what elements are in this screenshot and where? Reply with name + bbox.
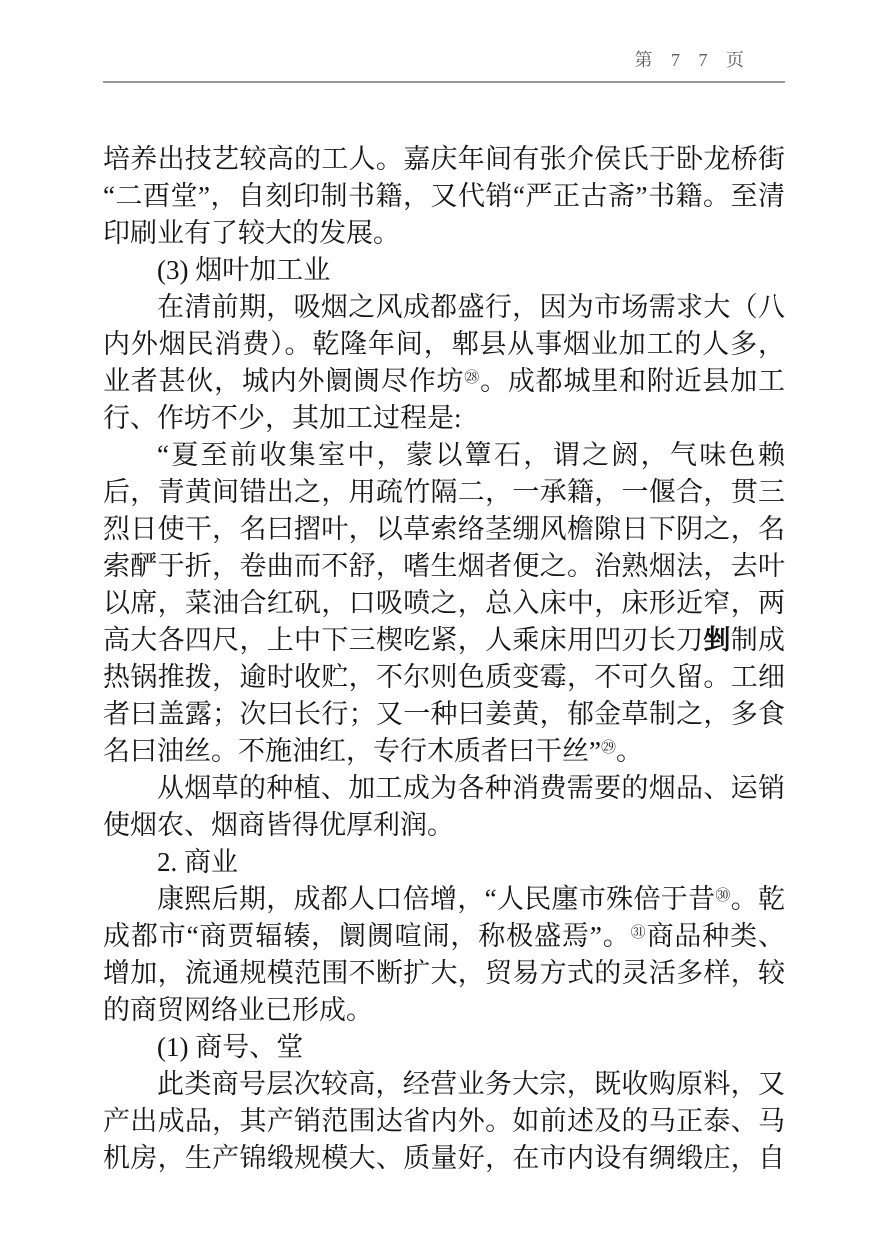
text-run: 此类商号层次较高，经营业务大宗，既收购原料，又加工生 [103,1069,785,1103]
text-run: 使烟农、烟商皆得优厚利润。 [103,810,454,840]
text-run: (3) 烟叶加工业 [157,255,330,285]
text-run: 产出成品，其产销范围达省内外。如前述及的马正泰、马天裕的 [103,1106,785,1140]
text-line: 高大各四尺，上中下三楔吃紧，人乘床用凹刃长刀剉制成丝，纳 [103,622,785,659]
text-run: 成都市“商贾辐辏，阛阓喧闹，称极盛焉”。 [103,921,631,951]
text-line: 以席，菜油合红矾，口吸喷之，总入床中，床形近窄，两圆木， [103,585,785,622]
text-line: 名曰油丝。不施油红，专行木质者曰干丝”㉙。 [103,733,785,770]
text-line: 行、作坊不少，其加工过程是: [103,400,785,437]
text-line: 业者甚伙，城内外阛阓尽作坊㉘。成都城里和附近县加工烟叶的烟 [103,363,785,400]
text-line: 从烟草的种植、加工成为各种消费需要的烟品、运销省内外， [103,770,785,807]
text-line: 索酽于折，卷曲而不舒，嗜生烟者便之。治熟烟法，去叶梗，盛 [103,548,785,585]
text-run: 者曰盖露；次曰长行；又一种曰姜黄，郁金草制之，多食头眩，总 [103,699,785,733]
book-page: 第 7 7 页 培养出技艺较高的工人。嘉庆年间有张介侯氏于卧龙桥街创办“二酉堂”… [0,0,888,1260]
text-line: 后，青黄间错出之，用疏竹隔二，一承籍，一偃合，贯三横篾，曝 [103,474,785,511]
text-line: 此类商号层次较高，经营业务大宗，既收购原料，又加工生 [103,1066,785,1103]
text-line: 产出成品，其产销范围达省内外。如前述及的马正泰、马天裕的 [103,1103,785,1140]
text-run: 。 [616,736,643,766]
text-run: “二酉堂”，自刻印制书籍，又代销“严正古斋”书籍。至清中期， [103,181,785,215]
text-run: 增加，流通规模范围不断扩大，贸易方式的灵活多样，较为稳定 [103,958,785,992]
text-run: 业者甚伙，城内外阛阓尽作坊 [103,366,464,396]
text-run: 索酽于折，卷曲而不舒，嗜生烟者便之。治熟烟法，去叶梗，盛 [103,551,785,585]
text-line: 培养出技艺较高的工人。嘉庆年间有张介侯氏于卧龙桥街创办 [103,141,785,178]
text-run: 康熙后期，成都人口倍增，“人民廛市殊倍于昔 [157,884,715,914]
page-header: 第 7 7 页 [103,46,785,83]
text-line: 增加，流通规模范围不断扩大，贸易方式的灵活多样，较为稳定 [103,955,785,992]
footnote-marker: ㉛ [631,925,647,941]
text-line: (3) 烟叶加工业 [103,252,785,289]
text-line: 2. 商业 [103,844,785,881]
text-run: 机房，生产锦缎规模大、质量好，在市内设有绸缎庄，自产自销、 [103,1143,785,1177]
text-run: 后，青黄间错出之，用疏竹隔二，一承籍，一偃合，贯三横篾，曝 [103,477,785,511]
text-line: 在清前期，吸烟之风成都盛行，因为市场需求大（八旗兵，省 [103,289,785,326]
text-line: 机房，生产锦缎规模大、质量好，在市内设有绸缎庄，自产自销、 [103,1140,785,1177]
header-rule [103,81,785,83]
text-run: 以席，菜油合红矾，口吸喷之，总入床中，床形近窄，两 [103,588,785,618]
text-run: “夏至前收集室中，蒙以簟石，谓之阏，气味色赖焉。七日之 [103,440,785,474]
text-line: 印刷业有了较大的发展。 [103,215,785,252]
text-line: 者曰盖露；次曰长行；又一种曰姜黄，郁金草制之，多食头眩，总 [103,696,785,733]
text-line: 康熙后期，成都人口倍增，“人民廛市殊倍于昔㉚。乾隆以来， [103,881,785,918]
footnote-marker: ㉙ [601,740,616,756]
text-line: (1) 商号、堂 [103,1029,785,1066]
text-line: 使烟农、烟商皆得优厚利润。 [103,807,785,844]
text-run: 印刷业有了较大的发展。 [103,218,400,248]
text-line: 成都市“商贾辐辏，阛阓喧闹，称极盛焉”。㉛商品种类、数量迅速 [103,918,785,955]
footnote-marker: ㉚ [715,888,730,904]
text-run: 行、作坊不少，其加工过程是: [103,403,462,433]
text-run: 2. 商业 [157,847,238,877]
text-run: 从烟草的种植、加工成为各种消费需要的烟品、运销省内外， [103,773,785,807]
rare-bold-character: 剉 [703,625,730,655]
page-number: 第 7 7 页 [103,46,785,72]
page-body: 培养出技艺较高的工人。嘉庆年间有张介侯氏于卧龙桥街创办“二酉堂”，自刻印制书籍，… [103,141,785,1177]
text-run: (1) 商号、堂 [157,1032,303,1062]
text-run: 高大各四尺，上中下三楔吃紧，人乘床用凹刃长刀 [103,625,703,655]
text-run: 烈日使干，名曰摺叶，以草索络茎绷风檐隙日下阴之，名曰索叶， [103,514,785,548]
text-run: 在清前期，吸烟之风成都盛行，因为市场需求大（八旗兵，省 [103,292,785,326]
text-run: 培养出技艺较高的工人。嘉庆年间有张介侯氏于卧龙桥街创办 [103,144,785,178]
text-line: “二酉堂”，自刻印制书籍，又代销“严正古斋”书籍。至清中期， [103,178,785,215]
text-run: 内外烟民消费）。乾隆年间，郫县从事烟业加工的人多，作坊不少， [103,329,785,363]
text-run: 热锅推拨，逾时收贮，不尔则色质变霉，不可久留。工细气味上 [103,662,785,696]
text-line: “夏至前收集室中，蒙以簟石，谓之阏，气味色赖焉。七日之 [103,437,785,474]
footnote-marker: ㉘ [464,370,480,386]
text-run: 名曰油丝。不施油红，专行木质者曰干丝” [103,736,601,766]
text-line: 烈日使干，名曰摺叶，以草索络茎绷风檐隙日下阴之，名曰索叶， [103,511,785,548]
text-line: 热锅推拨，逾时收贮，不尔则色质变霉，不可久留。工细气味上 [103,659,785,696]
text-line: 的商贸网络业已形成。 [103,992,785,1029]
text-run: 的商贸网络业已形成。 [103,995,373,1025]
text-line: 内外烟民消费）。乾隆年间，郫县从事烟业加工的人多，作坊不少， [103,326,785,363]
